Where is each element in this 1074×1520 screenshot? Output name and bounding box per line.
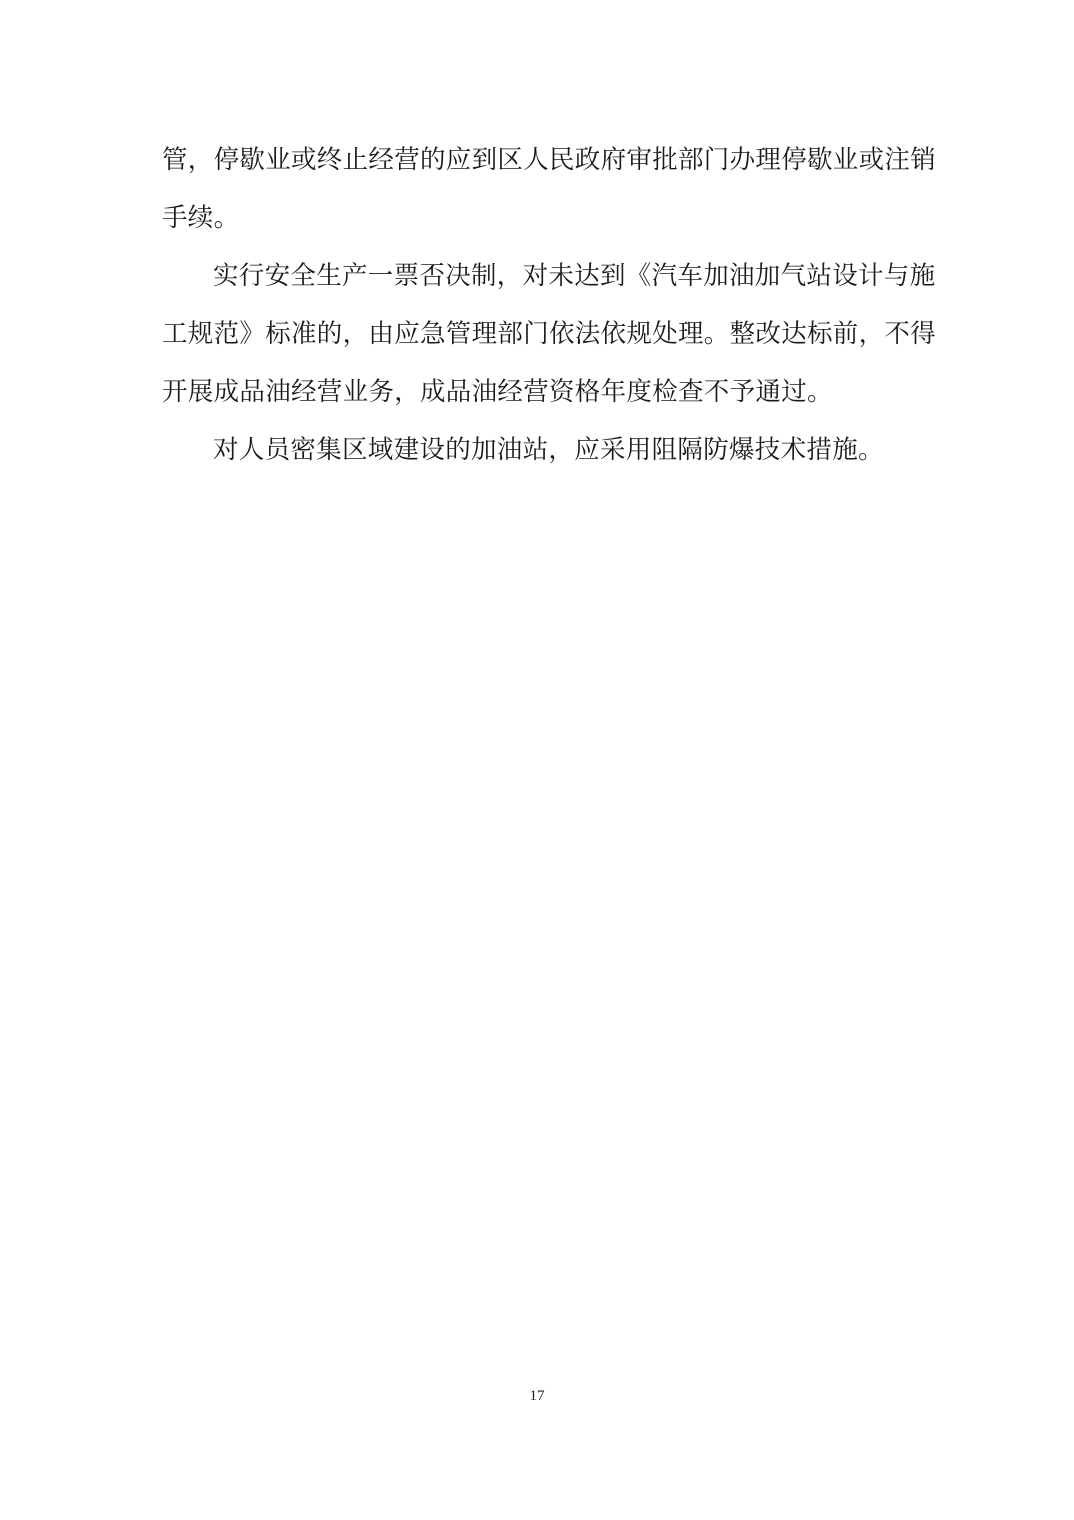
paragraph-1-line-2: 手续。 <box>162 196 914 254</box>
paragraph-1-line-1: 管，停歇业或终止经营的应到区人民政府审批部门办理停歇业或注销 <box>162 138 914 196</box>
page-number: 17 <box>0 1388 1074 1405</box>
paragraph-2-line-1: 实行安全生产一票否决制，对未达到《汽车加油加气站设计与施 <box>162 254 914 312</box>
paragraph-2-line-2: 工规范》标准的，由应急管理部门依法依规处理。整改达标前，不得 <box>162 312 914 370</box>
paragraph-3-line-1: 对人员密集区域建设的加油站，应采用阻隔防爆技术措施。 <box>162 428 914 486</box>
body-text: 管，停歇业或终止经营的应到区人民政府审批部门办理停歇业或注销 手续。 实行安全生… <box>162 138 914 486</box>
document-page: 管，停歇业或终止经营的应到区人民政府审批部门办理停歇业或注销 手续。 实行安全生… <box>0 0 1074 1520</box>
paragraph-2-line-3: 开展成品油经营业务，成品油经营资格年度检查不予通过。 <box>162 370 914 428</box>
